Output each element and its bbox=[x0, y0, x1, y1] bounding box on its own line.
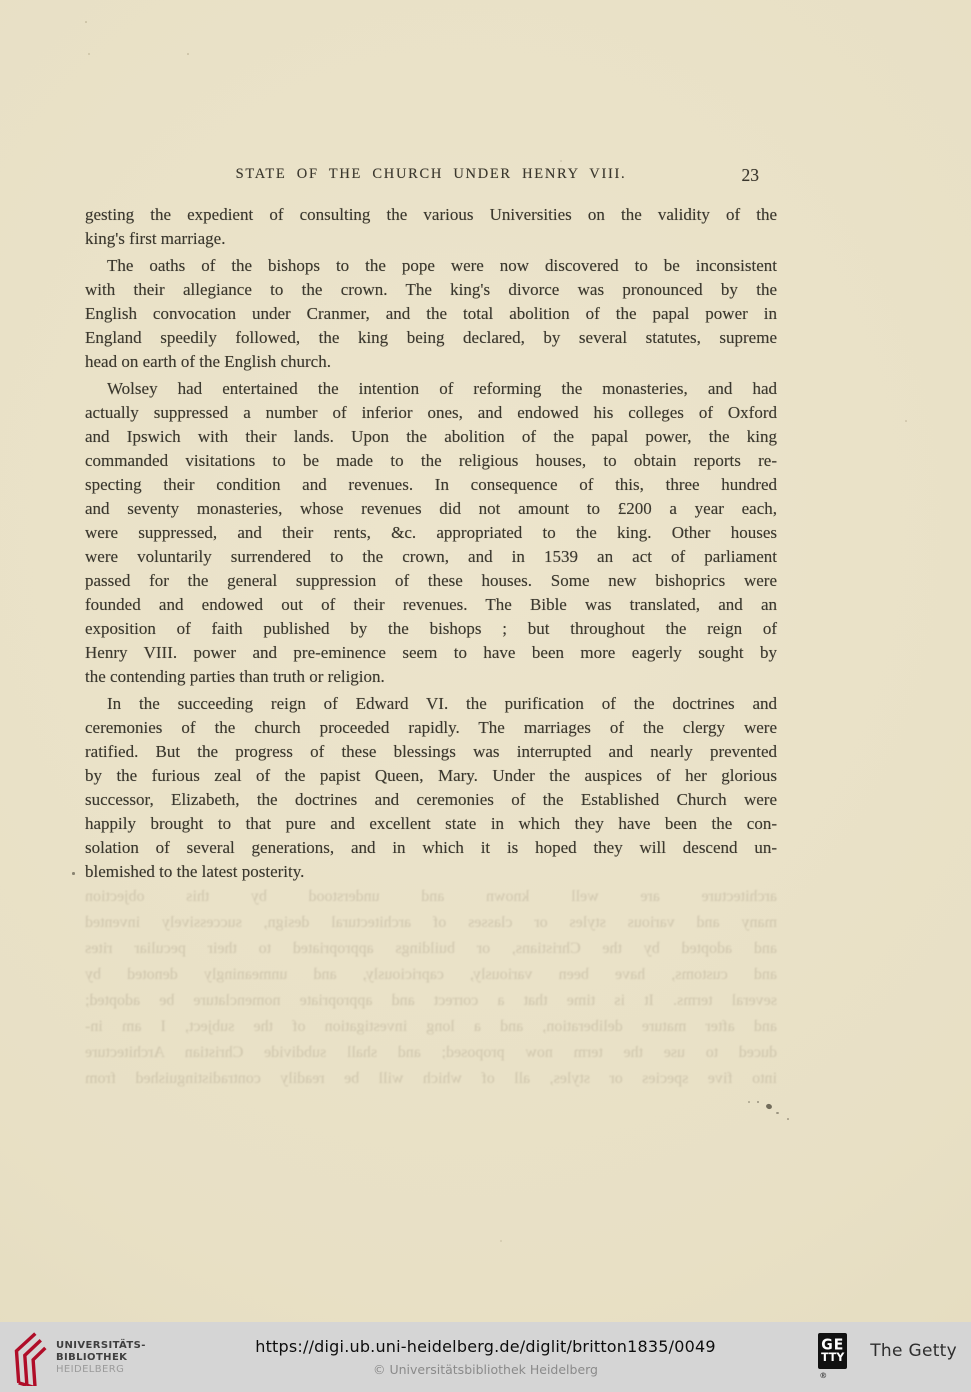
paper-speck bbox=[187, 53, 189, 55]
text-line: The oaths of the bishops to the pope wer… bbox=[85, 254, 777, 278]
bleedthrough-line: and adopted by the Christians, or buildi… bbox=[85, 936, 777, 962]
ink-speck bbox=[748, 1101, 750, 1103]
text-line: were suppressed, and their rents, &c. ap… bbox=[85, 521, 777, 545]
ink-speck bbox=[72, 872, 75, 875]
paragraph: In the succeeding reign of Edward VI. th… bbox=[85, 692, 777, 884]
bleedthrough-block: architecture are well known and understo… bbox=[85, 884, 777, 1092]
text-line: gesting the expedient of consulting the … bbox=[85, 203, 777, 227]
bleedthrough-line: into five species or styles, all of whic… bbox=[85, 1066, 777, 1092]
paper-speck bbox=[905, 420, 907, 422]
text-line: and Ipswich with their lands. Upon the a… bbox=[85, 425, 777, 449]
running-head: STATE OF THE CHURCH UNDER HENRY VIII. 23 bbox=[85, 166, 777, 190]
registered-mark: ® bbox=[819, 1371, 827, 1380]
text-line: Wolsey had entertained the intention of … bbox=[85, 377, 777, 401]
bleedthrough-line: and customs, have been variously, capric… bbox=[85, 962, 777, 988]
scanned-book-page: STATE OF THE CHURCH UNDER HENRY VIII. 23… bbox=[0, 0, 971, 1322]
text-line: English convocation under Cranmer, and t… bbox=[85, 302, 777, 326]
text-line: head on earth of the English church. bbox=[85, 350, 777, 374]
paper-speck bbox=[85, 21, 87, 23]
text-line: passed for the general suppression of th… bbox=[85, 569, 777, 593]
text-line: ceremonies of the church proceeded rapid… bbox=[85, 716, 777, 740]
text-line: ratified. But the progress of these bles… bbox=[85, 740, 777, 764]
text-line: actually suppressed a number of inferior… bbox=[85, 401, 777, 425]
copyright-line: © Universitätsbibliothek Heidelberg bbox=[373, 1362, 598, 1377]
bleedthrough-line: and after mature deliberation, and a lon… bbox=[85, 1014, 777, 1040]
paper-speck bbox=[560, 160, 562, 162]
text-line: were voluntarily surrendered to the crow… bbox=[85, 545, 777, 569]
ink-speck bbox=[776, 1112, 779, 1114]
getty-brand: GE TTY ® The Getty bbox=[818, 1333, 957, 1369]
document-url: https://digi.ub.uni-heidelberg.de/diglit… bbox=[255, 1337, 716, 1356]
text-line: with their allegiance to the crown. The … bbox=[85, 278, 777, 302]
ink-speck bbox=[787, 1118, 789, 1120]
paper-speck bbox=[88, 53, 90, 55]
text-line: England speedily followed, the king bein… bbox=[85, 326, 777, 350]
text-block: gesting the expedient of consulting the … bbox=[85, 203, 777, 884]
text-line: by the furious zeal of the papist Queen,… bbox=[85, 764, 777, 788]
library-footer-bar: UNIVERSITÄTS- BIBLIOTHEK HEIDELBERG http… bbox=[0, 1322, 971, 1392]
text-line: king's first marriage. bbox=[85, 227, 777, 251]
paragraph: The oaths of the bishops to the pope wer… bbox=[85, 254, 777, 374]
text-line: solation of several generations, and in … bbox=[85, 836, 777, 860]
text-line: specting their condition and revenues. I… bbox=[85, 473, 777, 497]
paragraph: Wolsey had entertained the intention of … bbox=[85, 377, 777, 689]
page-number: 23 bbox=[742, 165, 760, 186]
getty-logo-icon: GE TTY ® bbox=[818, 1333, 847, 1369]
bleedthrough-line: many and various styles or classes of ar… bbox=[85, 910, 777, 936]
text-line: exposition of faith published by the bis… bbox=[85, 617, 777, 641]
getty-label: The Getty bbox=[870, 1341, 957, 1361]
text-line: founded and endowed out of their revenue… bbox=[85, 593, 777, 617]
text-line: blemished to the latest posterity. bbox=[85, 860, 777, 884]
text-line: successor, Elizabeth, the doctrines and … bbox=[85, 788, 777, 812]
text-line: the contending parties than truth or rel… bbox=[85, 665, 777, 689]
paragraph: gesting the expedient of consulting the … bbox=[85, 203, 777, 251]
text-line: and seventy monasteries, whose revenues … bbox=[85, 497, 777, 521]
bleedthrough-line: architecture are well known and understo… bbox=[85, 884, 777, 910]
ink-blot bbox=[765, 1103, 772, 1110]
text-line: happily brought to that pure and excelle… bbox=[85, 812, 777, 836]
getty-logo-row2: TTY bbox=[818, 1352, 847, 1365]
ink-speck bbox=[757, 1101, 759, 1103]
bleedthrough-line: duced to use the term now proposed; and … bbox=[85, 1040, 777, 1066]
page-title: STATE OF THE CHURCH UNDER HENRY VIII. bbox=[85, 166, 777, 183]
text-line: In the succeeding reign of Edward VI. th… bbox=[85, 692, 777, 716]
paper-speck bbox=[500, 1240, 502, 1242]
text-line: Henry VIII. power and pre-eminence seem … bbox=[85, 641, 777, 665]
bleedthrough-line: several terms. It is time that a correct… bbox=[85, 988, 777, 1014]
text-line: commanded visitations to be made to the … bbox=[85, 449, 777, 473]
